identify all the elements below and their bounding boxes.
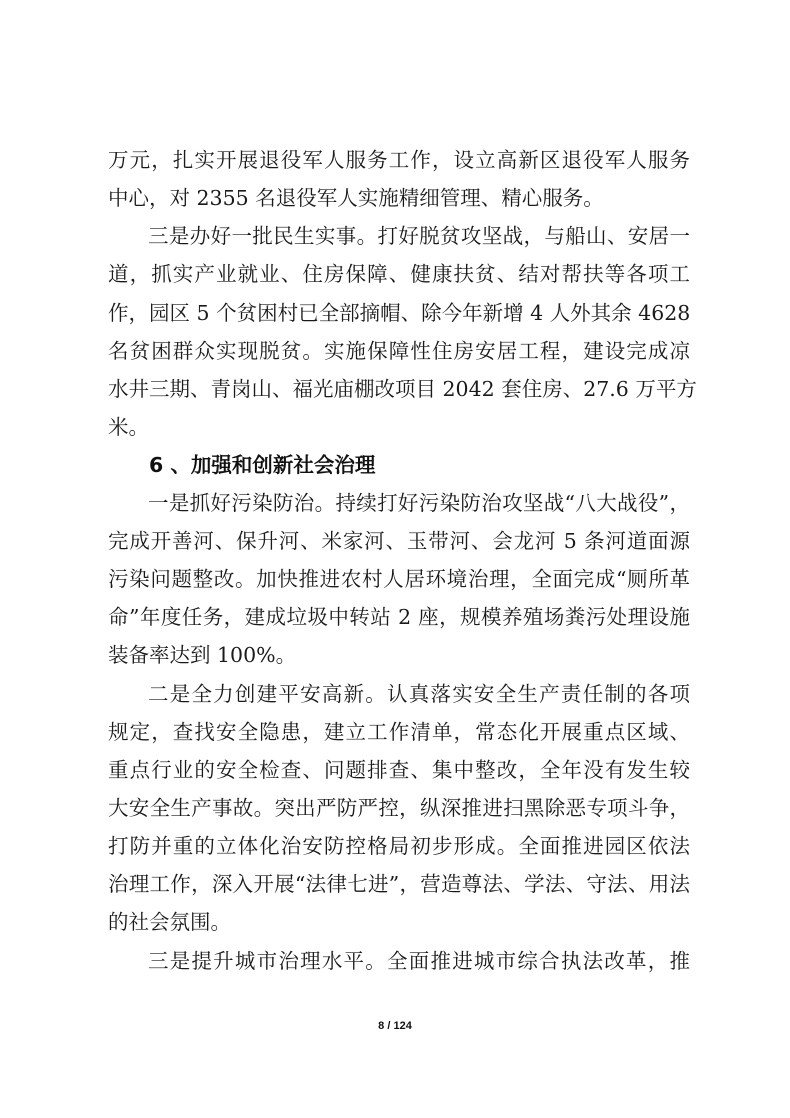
section-heading: 6 、加强和创新社会治理 [149, 450, 375, 480]
body-text-line: 中心，对 2355 名退役军人实施精细管理、精心服务。 [108, 183, 690, 213]
body-text-line: 污染问题整改。加快推进农村人居环境治理，全面完成“厕所革 [108, 564, 690, 594]
body-text-line: 完成开善河、保升河、米家河、玉带河、会龙河 5 条河道面源 [108, 526, 690, 556]
page-number: 8 / 124 [0, 1020, 790, 1032]
body-text-line: 米。 [108, 412, 690, 442]
document-page: 万元，扎实开展退役军人服务工作，设立高新区退役军人服务 中心，对 2355 名退… [0, 0, 790, 1118]
body-text-line: 治理工作，深入开展“法律七进”，营造尊法、学法、守法、用法 [108, 869, 690, 899]
body-text-line: 重点行业的安全检查、问题排查、集中整改，全年没有发生较 [108, 755, 690, 785]
body-text-line: 打防并重的立体化治安防控格局初步形成。全面推进园区依法 [108, 831, 690, 861]
paragraph-start-line: 一是抓好污染防治。持续打好污染防治攻坚战“八大战役”， [148, 488, 690, 518]
body-text-line: 名贫困群众实现脱贫。实施保障性住房安居工程，建设完成凉 [108, 336, 690, 366]
body-text-line: 道，抓实产业就业、住房保障、健康扶贫、结对帮扶等各项工 [108, 259, 690, 289]
body-text-line: 万元，扎实开展退役军人服务工作，设立高新区退役军人服务 [108, 145, 690, 175]
body-text-line: 作，园区 5 个贫困村已全部摘帽、除今年新增 4 人外其余 4628 [108, 298, 690, 328]
paragraph-start-line: 二是全力创建平安高新。认真落实安全生产责任制的各项 [148, 679, 690, 709]
paragraph-start-line: 三是办好一批民生实事。打好脱贫攻坚战，与船山、安居一 [148, 221, 690, 251]
body-text-line: 大安全生产事故。突出严防严控，纵深推进扫黑除恶专项斗争， [108, 793, 690, 823]
body-text-line: 装备率达到 100%。 [108, 640, 690, 670]
body-text-line: 水井三期、青岗山、福光庙棚改项目 2042 套住房、27.6 万平方 [108, 374, 690, 404]
body-text-line: 规定，查找安全隐患，建立工作清单，常态化开展重点区域、 [108, 717, 690, 747]
body-text-line: 命”年度任务，建成垃圾中转站 2 座，规模养殖场粪污处理设施 [108, 602, 690, 632]
paragraph-start-line: 三是提升城市治理水平。全面推进城市综合执法改革，推 [148, 946, 690, 976]
body-text-line: 的社会氛围。 [108, 907, 690, 937]
